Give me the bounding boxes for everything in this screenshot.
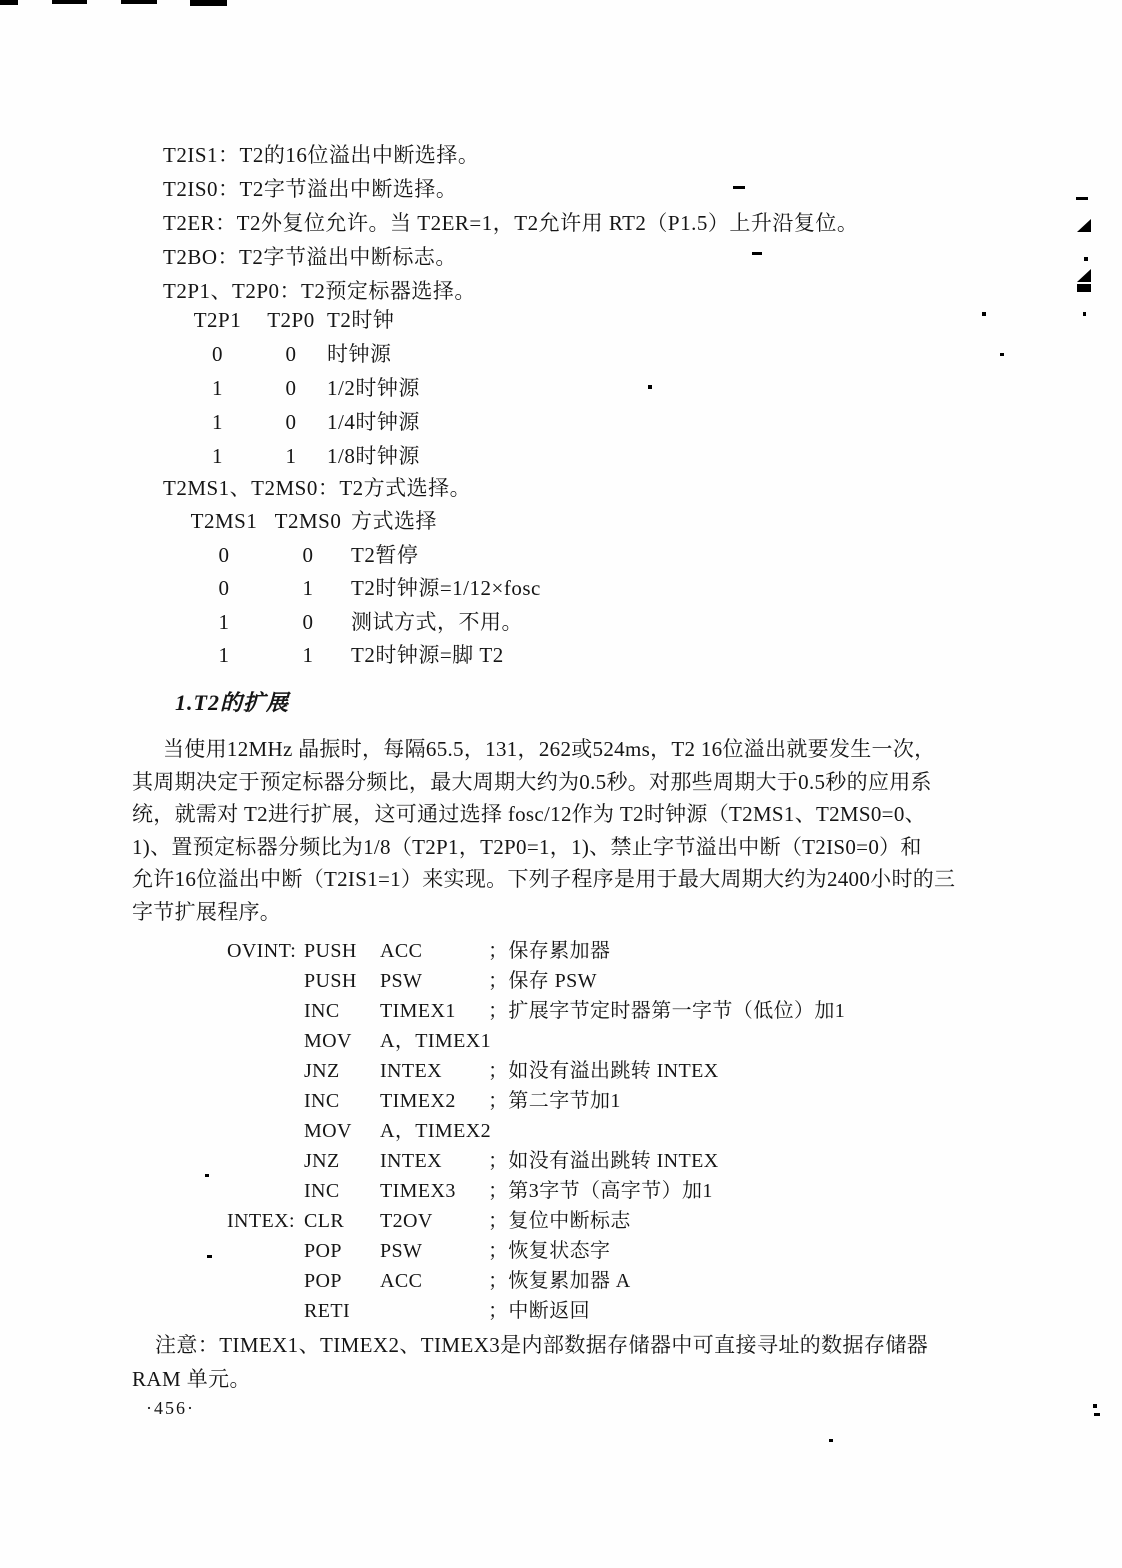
code-label: INTEX: — [227, 1206, 304, 1236]
scan-artifact — [121, 0, 157, 4]
note-paragraph: 注意：TIMEX1、TIMEX2、TIMEX3是内部数据存储器中可直接寻址的数据… — [132, 1328, 928, 1396]
scan-artifact — [1093, 1404, 1097, 1408]
code-operand: A，TIMEX2 — [380, 1116, 488, 1146]
code-line: JNZINTEX；如没有溢出跳转 INTEX — [227, 1146, 845, 1176]
paragraph-line: 统，就需对 T2进行扩展，这可通过选择 fosc/12作为 T2时钟源（T2MS… — [132, 798, 955, 831]
table-cell: 0 — [265, 539, 351, 573]
body-paragraph: 当使用12MHz 晶振时，每隔65.5，131，262或524ms，T2 16位… — [132, 733, 955, 928]
table-cell: 0 — [180, 337, 255, 371]
table-row: 0 0 T2暂停 — [183, 539, 541, 573]
code-operand: INTEX — [380, 1146, 488, 1176]
code-operand: TIMEX2 — [380, 1086, 488, 1116]
table-cell: T2时钟源=脚 T2 — [351, 639, 541, 673]
code-opcode: INC — [304, 996, 380, 1026]
table-header-row: T2P1 T2P0 T2时钟 — [180, 303, 420, 337]
code-opcode: INC — [304, 1086, 380, 1116]
code-opcode: JNZ — [304, 1146, 380, 1176]
table-cell: 1 — [265, 639, 351, 673]
table-header-row: T2MS1 T2MS0 方式选择 — [183, 505, 541, 539]
table-cell: 1/2时钟源 — [327, 371, 420, 405]
scan-artifact — [982, 312, 986, 316]
table-cell: 1 — [183, 606, 265, 640]
table-cell: 1/8时钟源 — [327, 439, 420, 473]
scan-artifact — [829, 1439, 833, 1442]
column-header: T2MS1 — [183, 505, 265, 539]
code-opcode: PUSH — [304, 966, 380, 996]
code-operand: T2OV — [380, 1206, 488, 1236]
note-line: RAM 单元。 — [132, 1362, 928, 1396]
paragraph-line: 允许16位溢出中断（T2IS1=1）来实现。下列子程序是用于最大周期大约为240… — [132, 863, 955, 896]
table-cell: 0 — [255, 371, 327, 405]
column-header: 方式选择 — [351, 505, 541, 539]
table-cell: 1 — [183, 639, 265, 673]
code-line: POPACC；恢复累加器 A — [227, 1266, 845, 1296]
code-comment: ；恢复累加器 A — [488, 1266, 631, 1296]
code-operand: A，TIMEX1 — [380, 1026, 488, 1056]
scanned-document-page: T2IS1：T2的16位溢出中断选择。 T2IS0：T2字节溢出中断选择。 T2… — [0, 0, 1122, 1568]
table-cell: 1 — [180, 405, 255, 439]
code-operand: TIMEX1 — [380, 996, 488, 1026]
page-number: ·456· — [146, 1398, 195, 1419]
table-cell: 1/4时钟源 — [327, 405, 420, 439]
table-row: 1 0 测试方式，不用。 — [183, 606, 541, 640]
code-comment: ；恢复状态字 — [488, 1236, 610, 1266]
scan-artifact — [648, 385, 652, 389]
code-line: OVINT:PUSHACC；保存累加器 — [227, 936, 845, 966]
scan-artifact — [1077, 284, 1091, 292]
scan-artifact — [1076, 197, 1088, 200]
table-cell: 0 — [183, 539, 265, 573]
table-row: 0 1 T2时钟源=1/12×fosc — [183, 572, 541, 606]
code-opcode: CLR — [304, 1206, 380, 1236]
scan-artifact — [205, 1174, 209, 1177]
code-line: POPPSW；恢复状态字 — [227, 1236, 845, 1266]
scan-artifact — [0, 0, 18, 5]
code-comment: ；扩展字节定时器第一字节（低位）加1 — [488, 996, 845, 1026]
table-cell: 时钟源 — [327, 337, 420, 371]
note-line: 注意：TIMEX1、TIMEX2、TIMEX3是内部数据存储器中可直接寻址的数据… — [132, 1328, 928, 1362]
code-comment: ；第二字节加1 — [488, 1086, 621, 1116]
code-operand: PSW — [380, 966, 488, 996]
scan-artifact — [1083, 312, 1086, 316]
section-heading: 1.T2的扩展 — [175, 686, 289, 717]
scan-artifact — [1084, 257, 1088, 261]
column-header: T2P1 — [180, 303, 255, 337]
scan-artifact — [1000, 353, 1004, 356]
code-comment: ；保存累加器 — [488, 936, 610, 966]
code-opcode: INC — [304, 1176, 380, 1206]
paragraph-line: 字节扩展程序。 — [132, 896, 955, 929]
definition-line: T2BO：T2字节溢出中断标志。 — [163, 240, 858, 274]
code-operand: PSW — [380, 1236, 488, 1266]
code-operand: INTEX — [380, 1056, 488, 1086]
code-comment: ；第3字节（高字节）加1 — [488, 1176, 713, 1206]
paragraph-line: 1)、置预定标器分频比为1/8（T2P1，T2P0=1，1)、禁止字节溢出中断（… — [132, 831, 955, 864]
code-comment: ；如没有溢出跳转 INTEX — [488, 1056, 719, 1086]
scan-artifact — [207, 1255, 212, 1258]
code-line: INCTIMEX2；第二字节加1 — [227, 1086, 845, 1116]
paragraph-line: 其周期决定于预定标器分频比，最大周期大约为0.5秒。对那些周期大于0.5秒的应用… — [132, 766, 955, 799]
code-opcode: MOV — [304, 1116, 380, 1146]
table-row: 1 1 T2时钟源=脚 T2 — [183, 639, 541, 673]
definition-line: T2IS0：T2字节溢出中断选择。 — [163, 172, 858, 206]
code-opcode: MOV — [304, 1026, 380, 1056]
code-label: OVINT: — [227, 936, 304, 966]
table-cell: 测试方式，不用。 — [351, 606, 541, 640]
scan-artifact — [1077, 269, 1091, 282]
column-header: T2P0 — [255, 303, 327, 337]
table-cell: T2暂停 — [351, 539, 541, 573]
table-cell: 0 — [255, 405, 327, 439]
code-operand: TIMEX3 — [380, 1176, 488, 1206]
code-line: RETI；中断返回 — [227, 1296, 845, 1326]
assembly-listing: OVINT:PUSHACC；保存累加器 PUSHPSW；保存 PSW INCTI… — [227, 936, 845, 1326]
table-cell: 1 — [180, 439, 255, 473]
table-cell: 1 — [180, 371, 255, 405]
code-line: MOVA，TIMEX1 — [227, 1026, 845, 1056]
code-opcode: POP — [304, 1236, 380, 1266]
table-row: 1 0 1/2时钟源 — [180, 371, 420, 405]
table-row: 0 0 时钟源 — [180, 337, 420, 371]
bit-definition-list: T2IS1：T2的16位溢出中断选择。 T2IS0：T2字节溢出中断选择。 T2… — [163, 138, 858, 308]
code-opcode: POP — [304, 1266, 380, 1296]
code-operand: ACC — [380, 1266, 488, 1296]
scan-artifact — [190, 0, 227, 6]
code-opcode: RETI — [304, 1296, 380, 1326]
code-comment: ；复位中断标志 — [488, 1206, 631, 1236]
code-line: INTEX:CLRT2OV；复位中断标志 — [227, 1206, 845, 1236]
t2-mode-table: T2MS1 T2MS0 方式选择 0 0 T2暂停 0 1 T2时钟源=1/12… — [183, 505, 541, 673]
code-line: INCTIMEX1；扩展字节定时器第一字节（低位）加1 — [227, 996, 845, 1026]
code-opcode: PUSH — [304, 936, 380, 966]
code-line: INCTIMEX3；第3字节（高字节）加1 — [227, 1176, 845, 1206]
code-comment: ；如没有溢出跳转 INTEX — [488, 1146, 719, 1176]
definition-line: T2ER：T2外复位允许。当 T2ER=1，T2允许用 RT2（P1.5）上升沿… — [163, 206, 858, 240]
table-cell: 0 — [265, 606, 351, 640]
mode-select-label: T2MS1、T2MS0：T2方式选择。 — [163, 471, 471, 505]
table-cell: 1 — [255, 439, 327, 473]
scan-artifact — [1094, 1413, 1100, 1416]
code-comment: ；中断返回 — [488, 1296, 590, 1326]
table-cell: 0 — [183, 572, 265, 606]
table-cell: 1 — [265, 572, 351, 606]
code-comment: ；保存 PSW — [488, 966, 597, 996]
definition-line: T2IS1：T2的16位溢出中断选择。 — [163, 138, 858, 172]
scan-artifact — [52, 0, 87, 4]
table-row: 1 0 1/4时钟源 — [180, 405, 420, 439]
code-opcode: JNZ — [304, 1056, 380, 1086]
paragraph-line: 当使用12MHz 晶振时，每隔65.5，131，262或524ms，T2 16位… — [132, 733, 955, 766]
column-header: T2时钟 — [327, 303, 420, 337]
table-cell: 0 — [255, 337, 327, 371]
code-line: PUSHPSW；保存 PSW — [227, 966, 845, 996]
table-row: 1 1 1/8时钟源 — [180, 439, 420, 473]
t2-clock-table: T2P1 T2P0 T2时钟 0 0 时钟源 1 0 1/2时钟源 1 0 1/… — [180, 303, 420, 473]
code-line: JNZINTEX；如没有溢出跳转 INTEX — [227, 1056, 845, 1086]
column-header: T2MS0 — [265, 505, 351, 539]
code-line: MOVA，TIMEX2 — [227, 1116, 845, 1146]
code-operand: ACC — [380, 936, 488, 966]
scan-artifact — [1077, 219, 1091, 232]
table-cell: T2时钟源=1/12×fosc — [351, 572, 541, 606]
